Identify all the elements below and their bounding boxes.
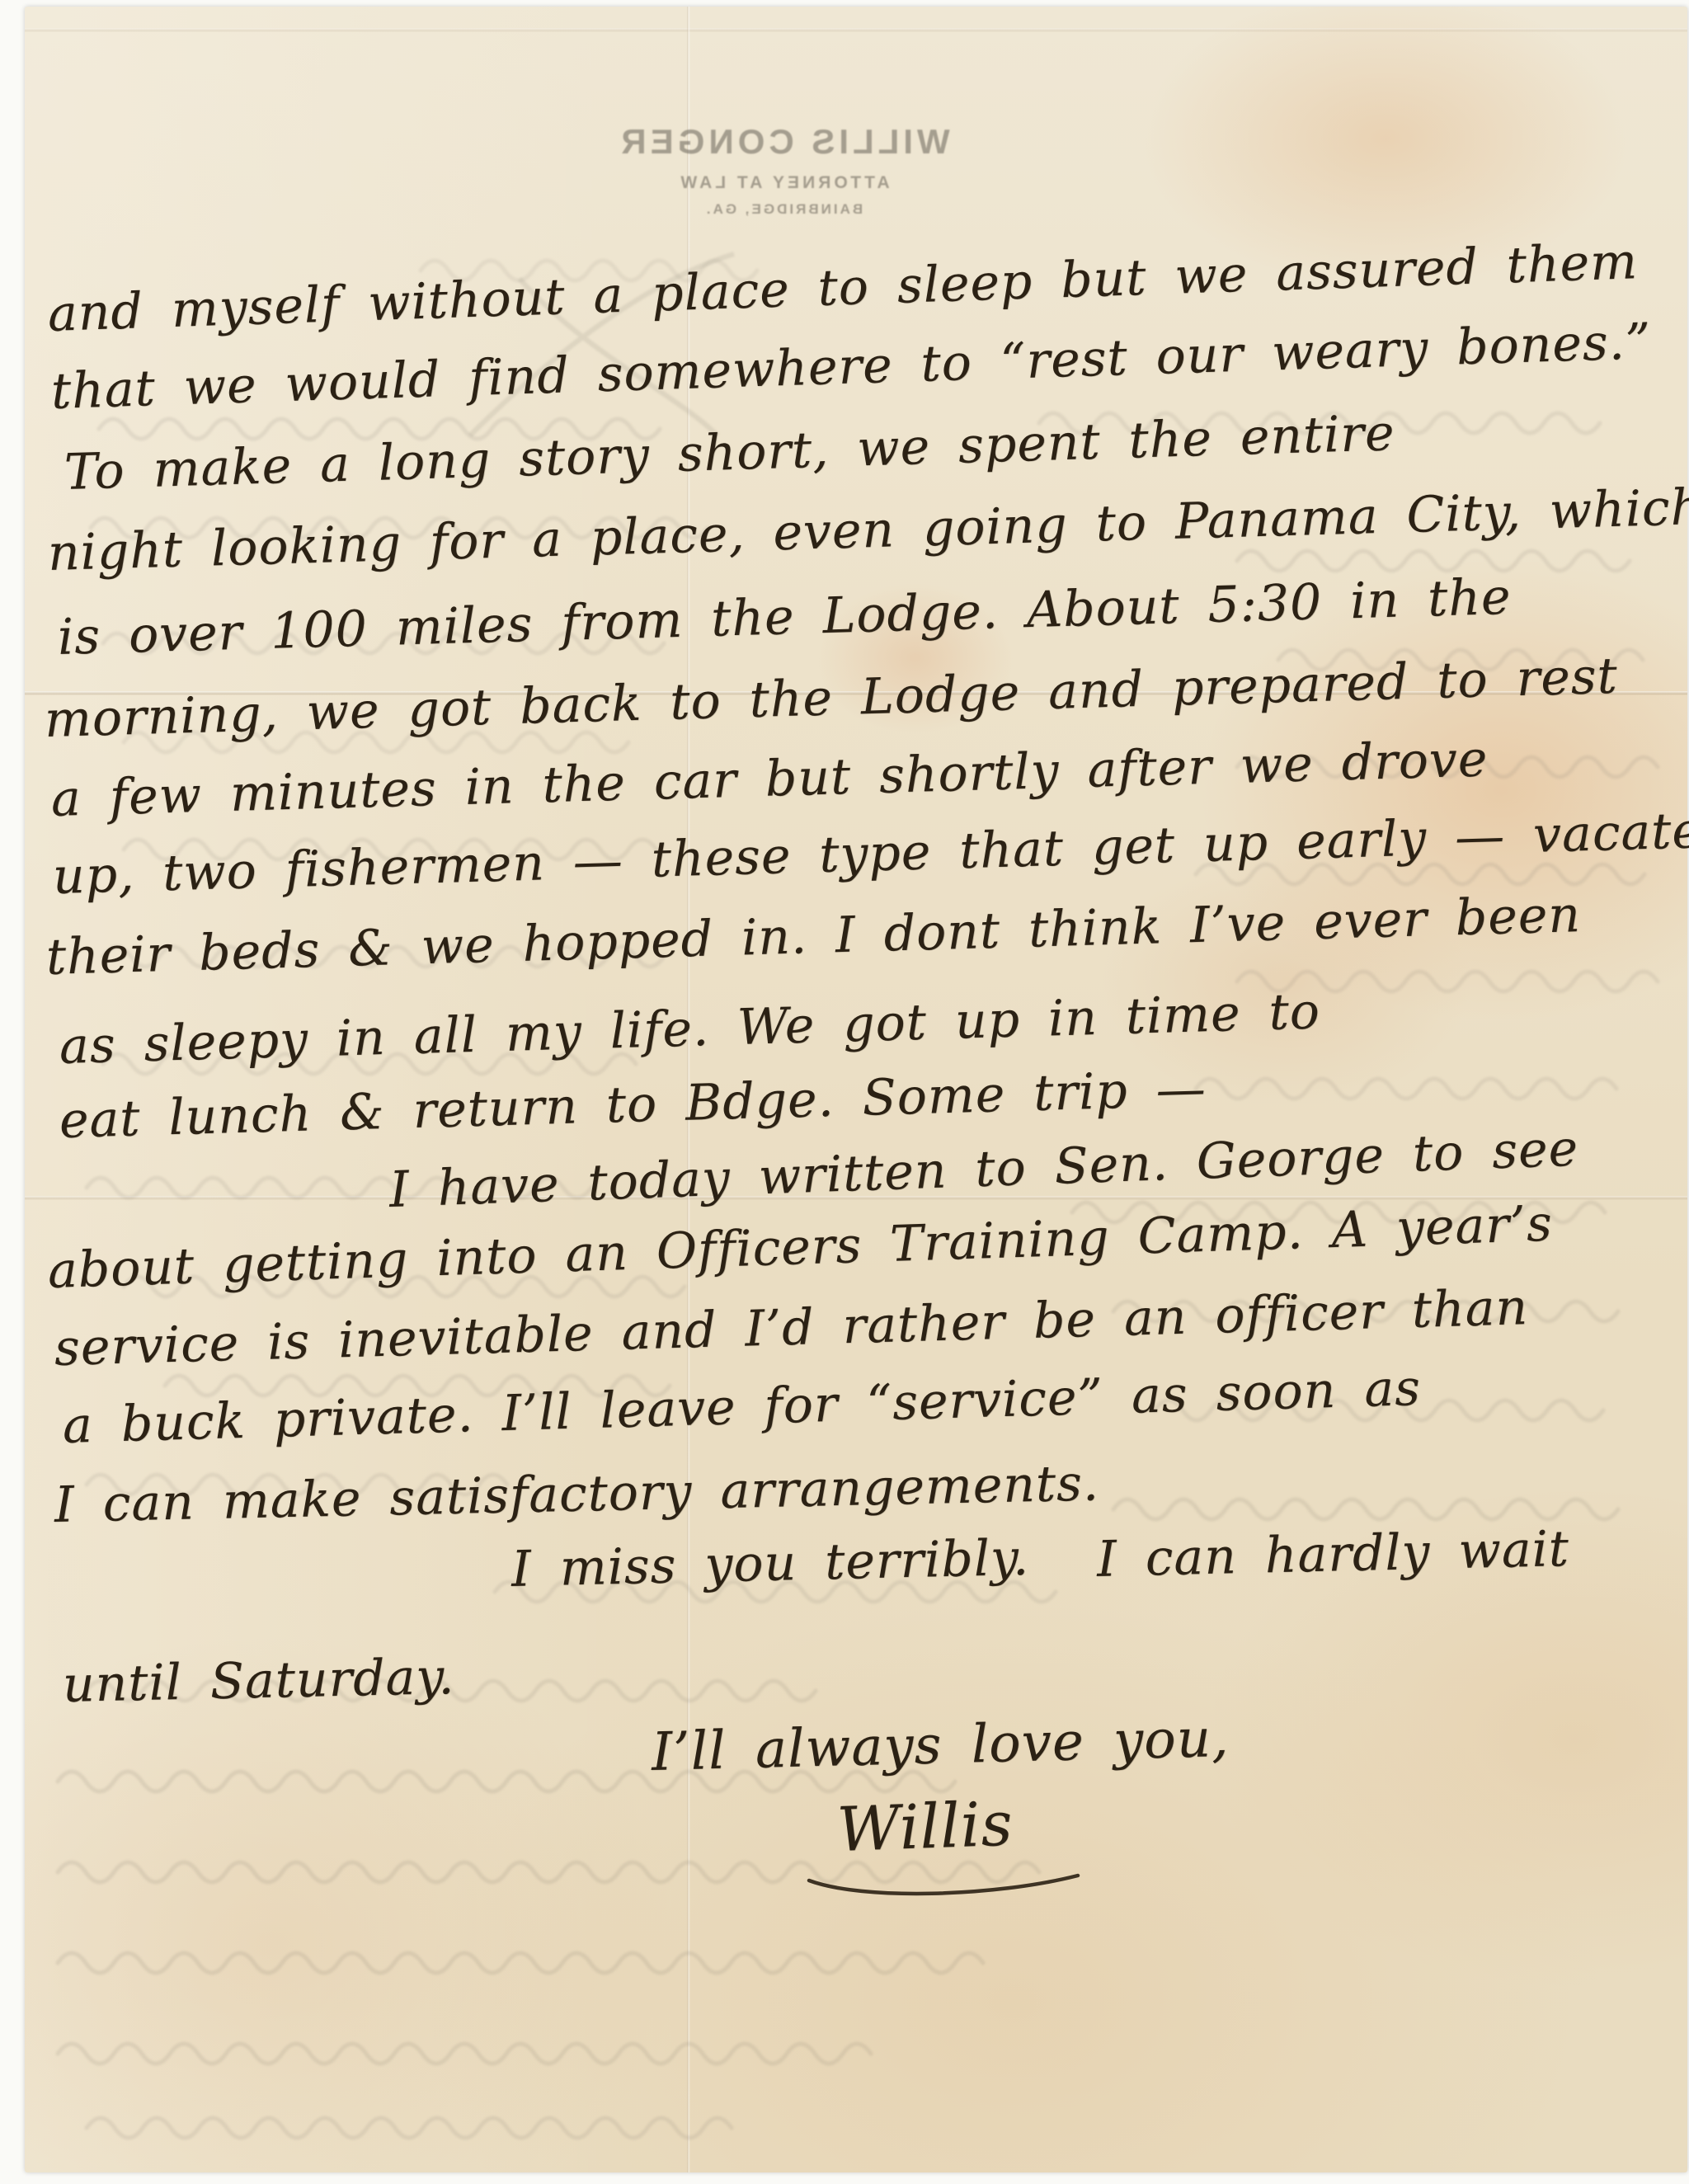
letterhead-showthrough: WILLIS CONGER ATTORNEY AT LAW BAINBRIDGE…: [569, 122, 998, 218]
letter-line-17b: I can hardly wait: [1096, 1520, 1569, 1589]
letterhead-name: WILLIS CONGER: [569, 122, 998, 162]
bleed-through-stroke: [58, 1953, 983, 1973]
scanned-letter: WILLIS CONGER ATTORNEY AT LAW BAINBRIDGE…: [0, 0, 1689, 2184]
bleed-through-stroke: [1196, 1079, 1616, 1099]
bleed-through-stroke: [1113, 1499, 1618, 1519]
signature-flourish: [804, 1872, 1084, 1902]
bleed-through-stroke: [58, 2044, 871, 2064]
letterhead-location: BAINBRIDGE, GA.: [569, 201, 998, 218]
bleed-through-stroke: [1237, 551, 1630, 571]
signature: Willis: [835, 1789, 1014, 1866]
bleed-through-stroke: [87, 2118, 732, 2138]
letterhead-title: ATTORNEY AT LAW: [569, 173, 998, 193]
letter-line-17a: I miss you terribly.: [510, 1529, 1029, 1598]
letter-line-18: until Saturday.: [62, 1648, 455, 1714]
letter-sheet: WILLIS CONGER ATTORNEY AT LAW BAINBRIDGE…: [25, 7, 1687, 2172]
